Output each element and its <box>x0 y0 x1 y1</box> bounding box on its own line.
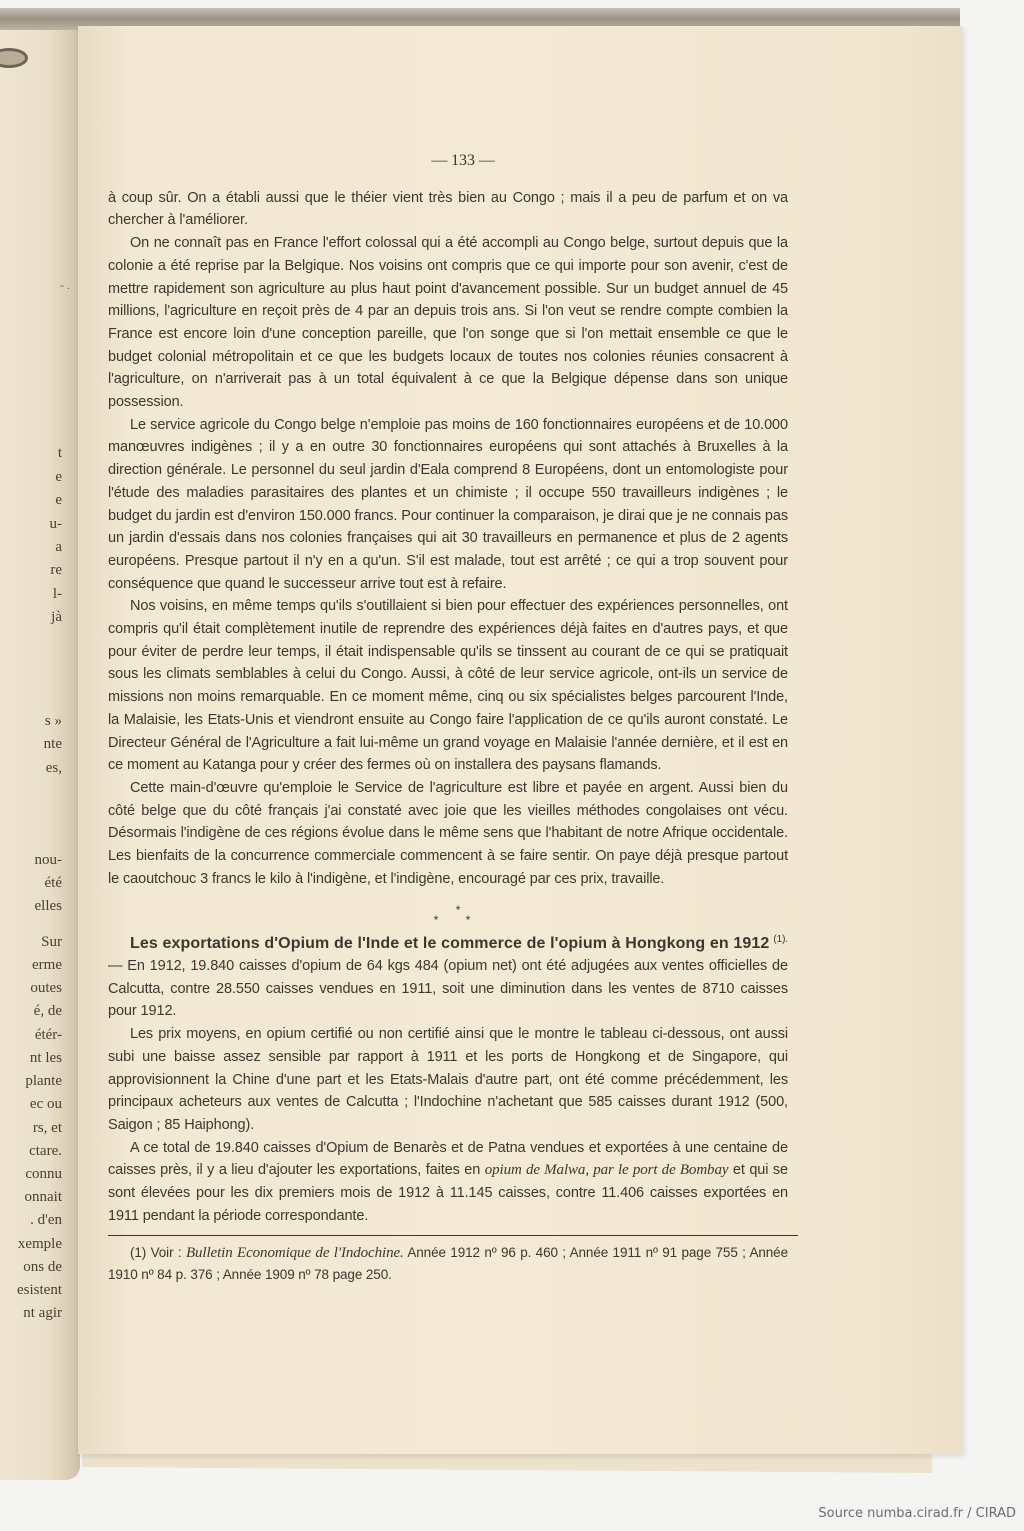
left-page-fragment: connu <box>25 1162 62 1186</box>
left-page-fragment: a <box>55 535 62 559</box>
footnote-title: Bulletin Economique de l'Indochine. <box>186 1245 404 1261</box>
left-page-fragment: étér- <box>35 1023 62 1047</box>
left-page-fragment: erme <box>32 953 62 977</box>
paragraph: Nos voisins, en même temps qu'ils s'outi… <box>108 595 788 777</box>
page-number: — 133 — <box>138 150 788 173</box>
paragraph: On ne connaît pas en France l'effort col… <box>108 232 788 414</box>
left-page-fragment: é, de <box>34 999 62 1023</box>
left-page-fragment: s » <box>45 709 62 733</box>
left-page-fragment: ons de <box>23 1255 62 1279</box>
footnote-rule <box>108 1235 798 1236</box>
left-page-fragment: rs, et <box>33 1116 62 1140</box>
page-content: — 133 — à coup sûr. On a établi aussi qu… <box>108 150 788 1286</box>
left-page-fragment: l- <box>53 582 62 606</box>
left-page-fragment: onnait <box>25 1185 63 1209</box>
section-headline: Les exportations d'Opium de l'Inde et le… <box>130 934 769 951</box>
paragraph: à coup sûr. On a établi aussi que le thé… <box>108 187 788 232</box>
lead-text: — En 1912, 19.840 caisses d'opium de 64 … <box>108 958 788 1019</box>
left-page-fragment: t <box>58 441 62 465</box>
left-page-fragment: e <box>55 465 62 489</box>
source-credit: Source numba.cirad.fr / CIRAD <box>818 1506 1016 1521</box>
left-page-fragment: elles <box>35 894 63 918</box>
footnote: (1) Voir : Bulletin Economique de l'Indo… <box>108 1242 788 1286</box>
paragraph: Les prix moyens, en opium certifié ou no… <box>108 1023 788 1137</box>
paragraph: Cette main-d'œuvre qu'emploie le Service… <box>108 777 788 891</box>
left-page-fragment: nte <box>44 732 62 756</box>
left-page-fragment: ec ou <box>30 1092 62 1116</box>
left-page-fragment: nt agir <box>23 1301 62 1325</box>
section-lead-paragraph: Les exportations d'Opium de l'Inde et le… <box>108 929 788 1024</box>
left-page-fragment: xemple <box>18 1232 62 1256</box>
footnote-marker: (1) Voir : <box>130 1245 186 1260</box>
left-page-fragment: e <box>55 488 62 512</box>
left-page-fragment: ctare. <box>29 1139 62 1163</box>
left-page-fragment: re <box>50 558 62 582</box>
left-page-fragment: . d'en <box>30 1208 62 1232</box>
section-separator: * * * <box>128 905 788 925</box>
left-page-fragment: esistent <box>17 1278 62 1302</box>
left-page-fragment: u- <box>50 512 63 536</box>
separator-bottom-stars: * * <box>128 915 788 925</box>
left-page-fragment: nt les <box>30 1046 62 1070</box>
left-page-fragment: été <box>45 871 62 895</box>
left-page-fragment: jà <box>51 605 62 629</box>
left-page-fragment: plante <box>25 1069 62 1093</box>
stray-ink-mark: ‑ . <box>60 278 70 293</box>
footnote-reference: (1). <box>773 934 788 945</box>
paragraph: Le service agricole du Congo belge n'emp… <box>108 414 788 596</box>
left-page-fragment: Sur <box>41 930 62 954</box>
left-page-fragment: outes <box>30 976 62 1000</box>
left-page-fragment: nou- <box>35 848 63 872</box>
left-page-text-fragments: teeu-arel-jàs »ntees,nou-étéellesSurerme… <box>0 0 70 1531</box>
paragraph: A ce total de 19.840 caisses d'Opium de … <box>108 1137 788 1228</box>
left-page-fragment: es, <box>46 756 62 780</box>
italic-phrase: opium de Malwa, par le port de Bombay <box>485 1162 729 1178</box>
